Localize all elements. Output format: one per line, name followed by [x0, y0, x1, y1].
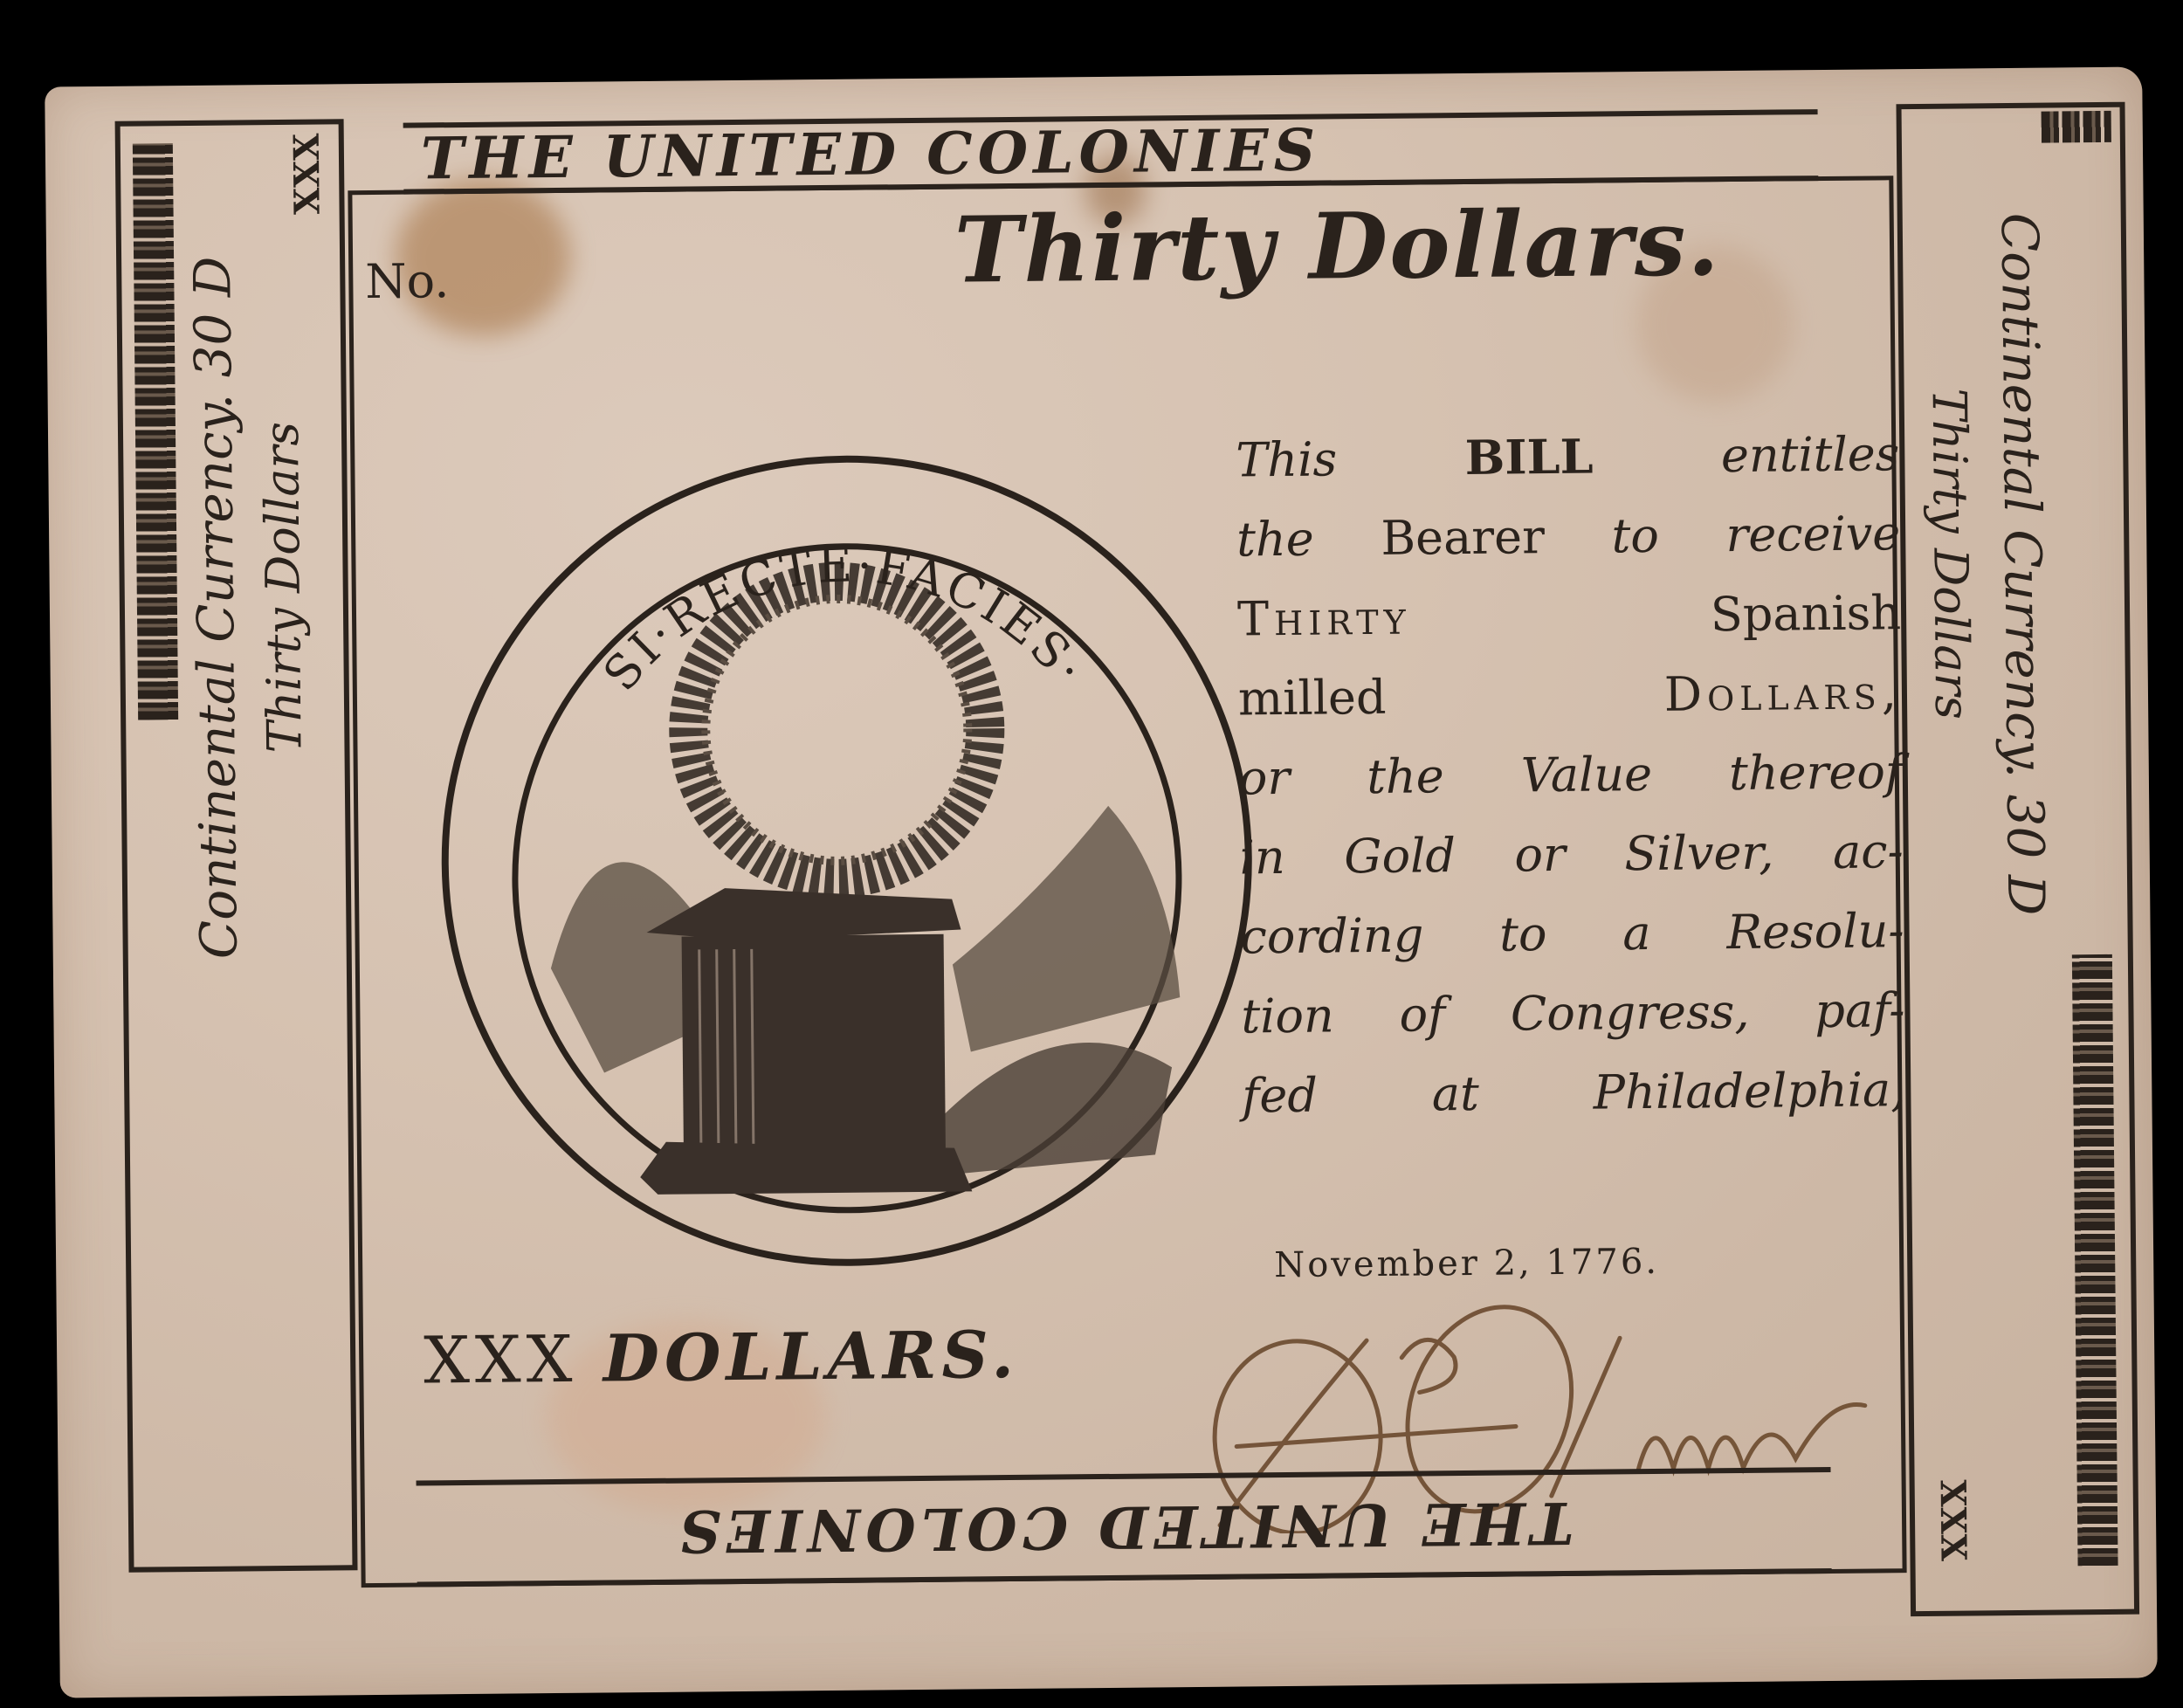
pedestal-base	[640, 1139, 973, 1195]
denomination-word: DOLLARS.	[603, 1318, 1019, 1397]
left-ornament-bar	[133, 143, 178, 720]
footer-band: THE UNITED COLONIES	[417, 1467, 1832, 1587]
note-title: Thirty Dollars.	[954, 189, 1721, 303]
promise-line: or the Value thereof	[1238, 732, 1903, 817]
pedestal-body	[682, 934, 947, 1173]
right-foliage	[936, 1042, 1173, 1174]
right-ornament-bar	[2072, 954, 2118, 1566]
seal-vignette: SI·RECTE·FACIES·	[424, 437, 1270, 1284]
header-band: THE UNITED COLONIES	[403, 109, 1819, 195]
left-panel-corner-mark: XXX	[286, 133, 328, 215]
promise-line: This BILL entitles	[1236, 414, 1900, 499]
header-text: THE UNITED COLONIES	[421, 116, 1321, 193]
denomination-roman: XXX	[424, 1322, 578, 1399]
promise-line: cording to a Resolu-	[1240, 891, 1904, 976]
promise-line: the Bearer to receive	[1236, 493, 1901, 579]
issue-date: November 2, 1776.	[1274, 1242, 1659, 1285]
promise-line: Thirty Spanish	[1237, 573, 1902, 658]
right-panel-outer-text: Continental Currency. 30 D	[1990, 213, 2056, 916]
left-panel-outer-text: Continental Currency. 30 D	[182, 256, 249, 959]
left-border-panel: Continental Currency. 30 D Thirty Dollar…	[115, 119, 358, 1572]
seal-motto: SI·RECTE·FACIES·	[591, 535, 1098, 702]
banknote: Continental Currency. 30 D Thirty Dollar…	[45, 67, 2158, 1698]
promise-line: in Gold or Silver, ac-	[1239, 811, 1904, 897]
promise-line: milled Dollars,	[1238, 652, 1903, 738]
laurel-wreath	[687, 580, 987, 879]
denomination: XXX DOLLARS.	[424, 1318, 1020, 1399]
right-panel-corner-mark: XXX	[1932, 1479, 1974, 1561]
right-panel-inner-text: Thirty Dollars	[1922, 388, 1980, 720]
pedestal-top	[646, 886, 961, 941]
promise-line: tion of Congress, paf-	[1241, 970, 1905, 1056]
promise-text: This BILL entitlesthe Bearer to receiveT…	[1236, 414, 1906, 1135]
right-top-ornament	[2042, 111, 2111, 143]
promise-line: fed at Philadelphia,	[1242, 1050, 1906, 1135]
left-panel-inner-text: Thirty Dollars	[254, 422, 313, 754]
footer-text: THE UNITED COLONIES	[674, 1489, 1574, 1566]
serial-label: No.	[365, 253, 450, 309]
right-border-panel: Continental Currency. 30 D Thirty Dollar…	[1896, 102, 2139, 1616]
